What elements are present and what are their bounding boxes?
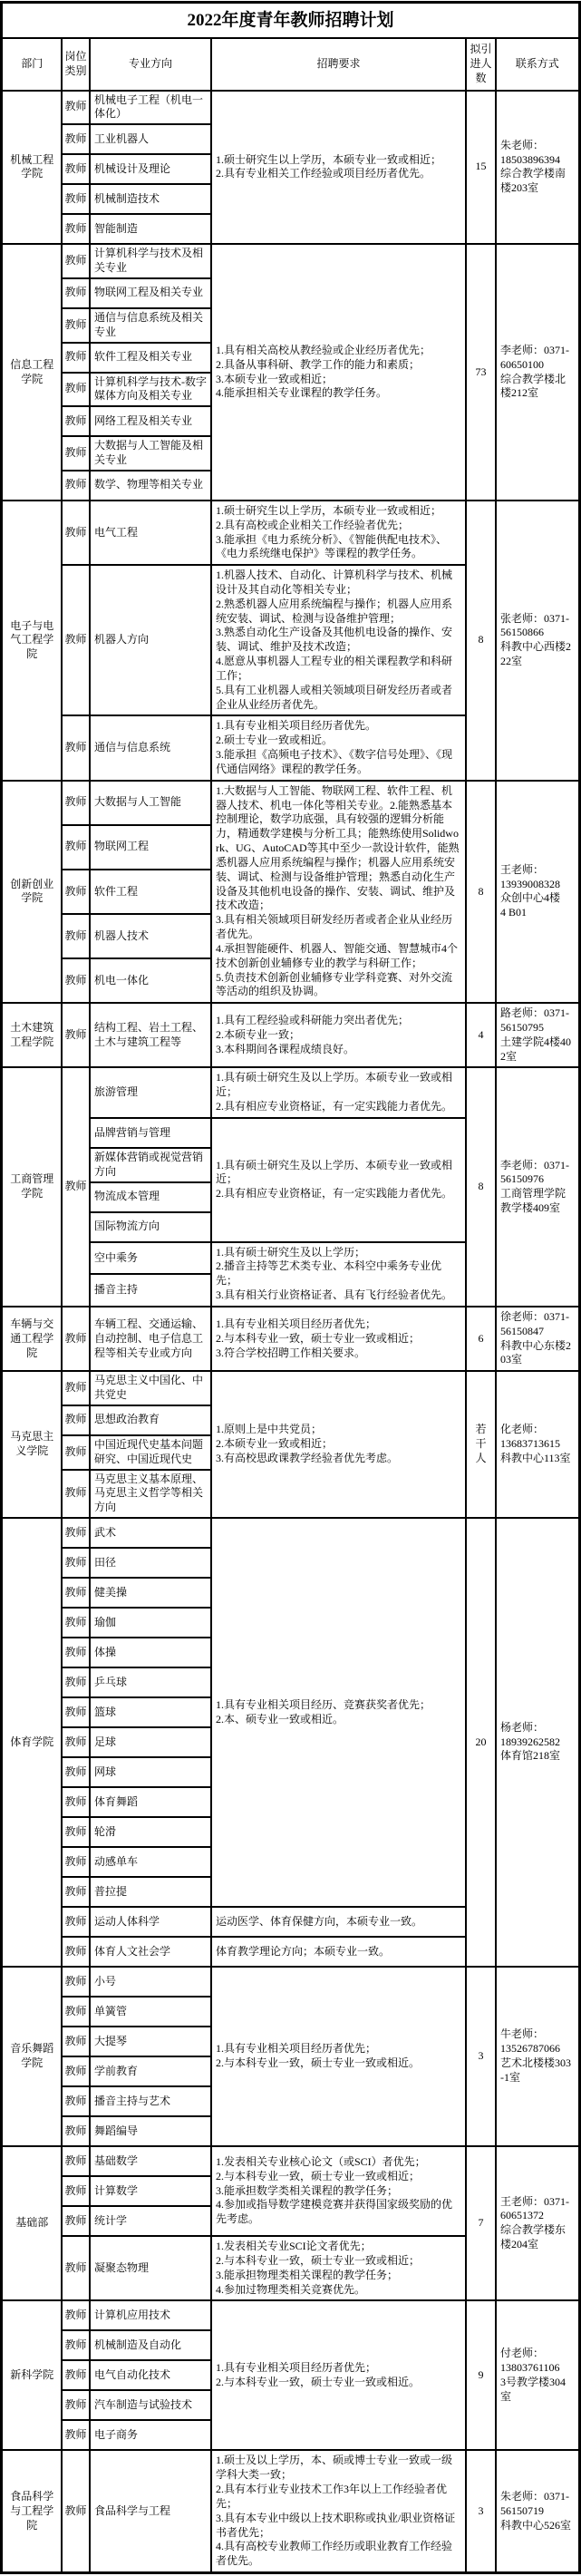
requirements-cell: 1.具有专业相关项目经历者优先； 2.与本科专业一致，硕士专业一致或相近。 (211, 1967, 466, 2146)
col-header-department: 部门 (2, 38, 62, 90)
major-cell: 凝聚态物理 (90, 2236, 211, 2300)
department-cell: 食品科学与工程学院 (2, 2450, 62, 2572)
major-cell: 中国近现代史基本问题研究、中国近现代史 (90, 1435, 211, 1470)
table-row: 体育学院 教师 武术 1.具有专业相关项目经历、竞赛获奖者优先； 2.本、硕专业… (2, 1518, 579, 1548)
table-row: 机械工程学院 教师 机械电子工程（机电一体化） 1.硕士研究生以上学历，本硕专业… (2, 91, 579, 125)
requirements-cell: 1.机器人技术、自动化、计算机科学与技术、机械设计及其自动化等相关专业； 2.熟… (211, 565, 466, 715)
major-cell: 体育舞蹈 (90, 1787, 211, 1817)
major-cell: 小号 (90, 1967, 211, 1997)
requirements-cell: 1.具有专业相关项目经历者优先。 2.硕士专业一致或相近。 3.能承担《高频电子… (211, 715, 466, 780)
category-cell: 教师 (62, 1997, 90, 2027)
category-cell: 教师 (62, 1371, 90, 1405)
major-cell: 软件工程及相关专业 (90, 343, 211, 373)
requirements-cell: 体育教学理论方向；本硕专业一致。 (211, 1937, 466, 1967)
major-cell: 计算机科学与技术-数字媒体方向及相关专业 (90, 373, 211, 407)
col-header-count: 拟引进人数 (466, 38, 496, 90)
major-cell: 机械设计及理论 (90, 154, 211, 184)
category-cell: 教师 (62, 1847, 90, 1877)
category-cell: 教师 (62, 1548, 90, 1578)
requirements-cell: 1.具有专业相关项目经历、竞赛获奖者优先； 2.本、硕专业一致或相近。 (211, 1518, 466, 1907)
major-cell: 单簧管 (90, 1997, 211, 2027)
major-cell: 足球 (90, 1727, 211, 1757)
category-cell: 教师 (62, 715, 90, 780)
count-cell: 6 (466, 1307, 496, 1371)
category-cell: 教师 (62, 2390, 90, 2420)
category-cell: 教师 (62, 308, 90, 343)
major-cell: 思想政治教育 (90, 1405, 211, 1435)
category-cell: 教师 (62, 2206, 90, 2236)
category-cell: 教师 (62, 154, 90, 184)
major-cell: 旅游管理 (90, 1067, 211, 1117)
category-cell: 教师 (62, 244, 90, 278)
major-cell: 软件工程 (90, 870, 211, 914)
major-cell: 计算机科学与技术及相关专业 (90, 244, 211, 278)
major-cell: 马克思主义基本原理、马克思主义哲学等相关方向 (90, 1470, 211, 1518)
category-cell: 教师 (62, 91, 90, 125)
contact-cell: 李老师：0371-60650100 综合教学楼北楼212室 (496, 244, 579, 501)
contact-cell: 化老师： 13683713615 科教中心113室 (496, 1371, 579, 1518)
major-cell: 动感单车 (90, 1847, 211, 1877)
major-cell: 武术 (90, 1518, 211, 1548)
category-cell: 教师 (62, 2236, 90, 2300)
contact-cell: 杨老师： 18939262582 体育馆218室 (496, 1518, 579, 1967)
major-cell: 工业机器人 (90, 124, 211, 154)
major-cell: 物流成本管理 (90, 1182, 211, 1212)
requirements-cell: 1.具有相关高校从教经验或企业经历者优先； 2.具备从事科研、教学工作的能力和素… (211, 244, 466, 501)
category-cell: 教师 (62, 2360, 90, 2390)
col-header-category: 岗位类别 (62, 38, 90, 90)
category-cell: 教师 (62, 471, 90, 501)
major-cell: 机器人方向 (90, 565, 211, 715)
contact-cell: 付老师： 13803761106 3号教学楼304室 (496, 2300, 579, 2450)
category-cell: 教师 (62, 1307, 90, 1371)
major-cell: 播音主持与艺术 (90, 2086, 211, 2116)
department-cell: 体育学院 (2, 1518, 62, 1967)
major-cell: 机械电子工程（机电一体化） (90, 91, 211, 125)
category-cell: 教师 (62, 406, 90, 436)
contact-cell: 张老师：0371-56150866 科教中心西楼222室 (496, 501, 579, 781)
col-header-major: 专业方向 (90, 38, 211, 90)
category-cell: 教师 (62, 958, 90, 1003)
count-cell: 3 (466, 1967, 496, 2146)
category-cell: 教师 (62, 1697, 90, 1727)
category-cell: 教师 (62, 2086, 90, 2116)
major-cell: 篮球 (90, 1697, 211, 1727)
requirements-cell: 1.具有工程经验或科研能力突出者优先； 2.本硕专业一致； 3.本科期间各课程成… (211, 1003, 466, 1067)
department-cell: 音乐舞蹈学院 (2, 1967, 62, 2146)
category-cell: 教师 (62, 1817, 90, 1847)
category-cell: 教师 (62, 1067, 90, 1306)
major-cell: 机械制造技术 (90, 184, 211, 214)
category-cell: 教师 (62, 1907, 90, 1937)
major-cell: 数学、物理等相关专业 (90, 471, 211, 501)
table-row: 音乐舞蹈学院 教师 小号 1.具有专业相关项目经历者优先； 2.与本科专业一致，… (2, 1967, 579, 1997)
category-cell: 教师 (62, 501, 90, 565)
major-cell: 机器人技术 (90, 914, 211, 958)
requirements-cell: 1.发表相关专业核心论文（或SCI）者优先； 2.与本科专业一致，硕士专业一致或… (211, 2146, 466, 2236)
major-cell: 智能制造 (90, 214, 211, 244)
department-cell: 信息工程学院 (2, 244, 62, 501)
count-cell: 9 (466, 2300, 496, 2450)
major-cell: 空中乘务 (90, 1242, 211, 1275)
major-cell: 播音主持 (90, 1274, 211, 1307)
major-cell: 体操 (90, 1638, 211, 1667)
requirements-cell: 1.具有硕士研究生及以上学历； 2.播音主持等艺术类专业、本科空中乘务专业优先；… (211, 1242, 466, 1307)
category-cell: 教师 (62, 2420, 90, 2450)
count-cell: 3 (466, 2450, 496, 2572)
major-cell: 大提琴 (90, 2027, 211, 2056)
major-cell: 汽车制造与试验技术 (90, 2390, 211, 2420)
contact-cell: 王老师： 13939008328 众创中心4楼 4 B01 (496, 781, 579, 1003)
major-cell: 网络工程及相关专业 (90, 406, 211, 436)
category-cell: 教师 (62, 184, 90, 214)
category-cell: 教师 (62, 2450, 90, 2572)
category-cell: 教师 (62, 343, 90, 373)
category-cell: 教师 (62, 2300, 90, 2330)
recruitment-plan-table: 2022年度青年教师招聘计划 部门 岗位类别 专业方向 招聘要求 拟引进人数 联… (0, 1, 580, 2574)
table-row: 食品科学与工程学院 教师 食品科学与工程 1.硕士及以上学历，本、硕或博士专业一… (2, 2450, 579, 2572)
major-cell: 物联网工程 (90, 825, 211, 870)
category-cell: 教师 (62, 1757, 90, 1787)
requirements-cell: 1.发表相关专业SCI论文者优先； 2.与本科专业一致，硕士专业一致或相近； 3… (211, 2236, 466, 2300)
major-cell: 计算机应用技术 (90, 2300, 211, 2330)
count-cell: 7 (466, 2146, 496, 2300)
contact-cell: 王老师：0371-60651372 综合教学楼东楼204室 (496, 2146, 579, 2300)
category-cell: 教师 (62, 1608, 90, 1638)
department-cell: 土木建筑工程学院 (2, 1003, 62, 1067)
count-cell: 73 (466, 244, 496, 501)
category-cell: 教师 (62, 1470, 90, 1518)
category-cell: 教师 (62, 1435, 90, 1470)
major-cell: 运动人体科学 (90, 1907, 211, 1937)
count-cell: 20 (466, 1518, 496, 1967)
category-cell: 教师 (62, 373, 90, 407)
category-cell: 教师 (62, 436, 90, 471)
category-cell: 教师 (62, 1638, 90, 1667)
major-cell: 车辆工程、交通运输、自动控制、电子信息工程等相关专业或方向 (90, 1307, 211, 1371)
contact-cell: 路老师：0371-56150795 土建学院4楼402室 (496, 1003, 579, 1067)
major-cell: 轮滑 (90, 1817, 211, 1847)
major-cell: 大数据与人工智能及相关专业 (90, 436, 211, 471)
major-cell: 物联网工程及相关专业 (90, 278, 211, 308)
major-cell: 基础数学 (90, 2146, 211, 2176)
major-cell: 田径 (90, 1548, 211, 1578)
major-cell: 国际物流方向 (90, 1212, 211, 1242)
major-cell: 电气自动化技术 (90, 2360, 211, 2390)
requirements-cell: 运动医学、体育保健方向，本硕专业一致。 (211, 1907, 466, 1937)
department-cell: 创新创业学院 (2, 781, 62, 1003)
requirements-cell: 1.硕士研究生以上学历，本硕专业一致或相近； 2.具有专业相关工作经验或项目经历… (211, 91, 466, 245)
col-header-contact: 联系方式 (496, 38, 579, 90)
category-cell: 教师 (62, 1003, 90, 1067)
major-cell: 新媒体营销或视觉营销方向 (90, 1148, 211, 1182)
category-cell: 教师 (62, 1967, 90, 1997)
major-cell: 计算数学 (90, 2176, 211, 2206)
table-row: 电子与电气工程学院 教师 电气工程 1.硕士研究生以上学历，本硕专业一致或相近；… (2, 501, 579, 565)
category-cell: 教师 (62, 1667, 90, 1697)
category-cell: 教师 (62, 2176, 90, 2206)
title-row: 2022年度青年教师招聘计划 (2, 3, 579, 39)
contact-cell: 朱老师： 18503896394 综合教学楼南楼203室 (496, 91, 579, 245)
major-cell: 统计学 (90, 2206, 211, 2236)
major-cell: 乒乓球 (90, 1667, 211, 1697)
category-cell: 教师 (62, 2116, 90, 2146)
category-cell: 教师 (62, 2027, 90, 2056)
major-cell: 学前教育 (90, 2056, 211, 2086)
category-cell: 教师 (62, 1787, 90, 1817)
contact-cell: 李老师：0371-56150976 工商管理学院教学楼409室 (496, 1067, 579, 1306)
category-cell: 教师 (62, 781, 90, 825)
count-cell: 8 (466, 781, 496, 1003)
department-cell: 机械工程学院 (2, 91, 62, 245)
category-cell: 教师 (62, 2146, 90, 2176)
category-cell: 教师 (62, 914, 90, 958)
requirements-cell: 1.原则上是中共党员； 2.本硕专业一致或相近； 3.有高校思政课教学经验者优先… (211, 1371, 466, 1518)
department-cell: 马克思主义学院 (2, 1371, 62, 1518)
requirements-cell: 1.具有专业相关项目经历者优先； 2.与本科专业一致，硕士专业一致或相近； 3.… (211, 1307, 466, 1371)
major-cell: 结构工程、岩土工程、土木与建筑工程等 (90, 1003, 211, 1067)
department-cell: 新科学院 (2, 2300, 62, 2450)
category-cell: 教师 (62, 1727, 90, 1757)
category-cell: 教师 (62, 870, 90, 914)
requirements-cell: 1.硕士研究生以上学历，本硕专业一致或相近； 2.具有高校或企业相关工作经验者优… (211, 501, 466, 565)
header-row: 部门 岗位类别 专业方向 招聘要求 拟引进人数 联系方式 (2, 38, 579, 90)
requirements-cell: 1.具有专业相关项目经历者优先； 2.与本科专业一致，硕士专业一致或相近。 (211, 2300, 466, 2450)
category-cell: 教师 (62, 2330, 90, 2360)
count-cell: 15 (466, 91, 496, 245)
table-row: 基础部 教师 基础数学 1.发表相关专业核心论文（或SCI）者优先； 2.与本科… (2, 2146, 579, 2176)
table-row: 创新创业学院 教师 大数据与人工智能 1.大数据与人工智能、物联网工程、软件工程… (2, 781, 579, 825)
count-cell: 8 (466, 501, 496, 781)
department-cell: 工商管理学院 (2, 1067, 62, 1306)
requirements-cell: 1.具有硕士研究生及以上学历、本硕专业一致或相近； 2.具有相应专业资格证，有一… (211, 1118, 466, 1242)
requirements-cell: 1.大数据与人工智能、物联网工程、软件工程、机器人技术、机电一体化等相关专业。2… (211, 781, 466, 1003)
requirements-cell: 1.具有硕士研究生及以上学历。本硕专业一致或相近； 2.具有相应专业资格证，有一… (211, 1067, 466, 1117)
major-cell: 普拉提 (90, 1877, 211, 1907)
department-cell: 电子与电气工程学院 (2, 501, 62, 781)
major-cell: 通信与信息系统 (90, 715, 211, 780)
major-cell: 品牌营销与管理 (90, 1118, 211, 1148)
department-cell: 基础部 (2, 2146, 62, 2300)
category-cell: 教师 (62, 565, 90, 715)
category-cell: 教师 (62, 214, 90, 244)
major-cell: 马克思主义中国化、中共党史 (90, 1371, 211, 1405)
major-cell: 通信与信息系统及相关专业 (90, 308, 211, 343)
category-cell: 教师 (62, 2056, 90, 2086)
contact-cell: 牛老师： 13526787066 艺术北楼楼303-1室 (496, 1967, 579, 2146)
contact-cell: 朱老师：0371-56150719 科教中心526室 (496, 2450, 579, 2572)
major-cell: 电气工程 (90, 501, 211, 565)
requirements-cell: 1.硕士及以上学历，本、硕或博士专业一致或一级学科大类一致； 2.具有本行业专业… (211, 2450, 466, 2572)
category-cell: 教师 (62, 825, 90, 870)
category-cell: 教师 (62, 1405, 90, 1435)
table-row: 工商管理学院 教师 旅游管理 1.具有硕士研究生及以上学历。本硕专业一致或相近；… (2, 1067, 579, 1117)
contact-cell: 徐老师：0371-56150847 科教中心东楼203室 (496, 1307, 579, 1371)
major-cell: 舞蹈编导 (90, 2116, 211, 2146)
col-header-requirements: 招聘要求 (211, 38, 466, 90)
category-cell: 教师 (62, 278, 90, 308)
department-cell: 车辆与交通工程学院 (2, 1307, 62, 1371)
major-cell: 电子商务 (90, 2420, 211, 2450)
major-cell: 体育人文社会学 (90, 1937, 211, 1967)
major-cell: 瑜伽 (90, 1608, 211, 1638)
count-cell: 8 (466, 1067, 496, 1306)
page-title: 2022年度青年教师招聘计划 (2, 3, 579, 39)
category-cell: 教师 (62, 1518, 90, 1548)
category-cell: 教师 (62, 1877, 90, 1907)
major-cell: 机械制造及自动化 (90, 2330, 211, 2360)
table-row: 信息工程学院 教师 计算机科学与技术及相关专业 1.具有相关高校从教经验或企业经… (2, 244, 579, 278)
major-cell: 网球 (90, 1757, 211, 1787)
count-cell: 若 干 人 (466, 1371, 496, 1518)
category-cell: 教师 (62, 1937, 90, 1967)
category-cell: 教师 (62, 124, 90, 154)
category-cell: 教师 (62, 1578, 90, 1608)
major-cell: 健美操 (90, 1578, 211, 1608)
table-row: 马克思主义学院 教师 马克思主义中国化、中共党史 1.原则上是中共党员； 2.本… (2, 1371, 579, 1405)
count-cell: 4 (466, 1003, 496, 1067)
table-row: 车辆与交通工程学院 教师 车辆工程、交通运输、自动控制、电子信息工程等相关专业或… (2, 1307, 579, 1371)
major-cell: 机电一体化 (90, 958, 211, 1003)
major-cell: 食品科学与工程 (90, 2450, 211, 2572)
major-cell: 大数据与人工智能 (90, 781, 211, 825)
table-row: 土木建筑工程学院 教师 结构工程、岩土工程、土木与建筑工程等 1.具有工程经验或… (2, 1003, 579, 1067)
table-row: 新科学院 教师 计算机应用技术 1.具有专业相关项目经历者优先； 2.与本科专业… (2, 2300, 579, 2330)
